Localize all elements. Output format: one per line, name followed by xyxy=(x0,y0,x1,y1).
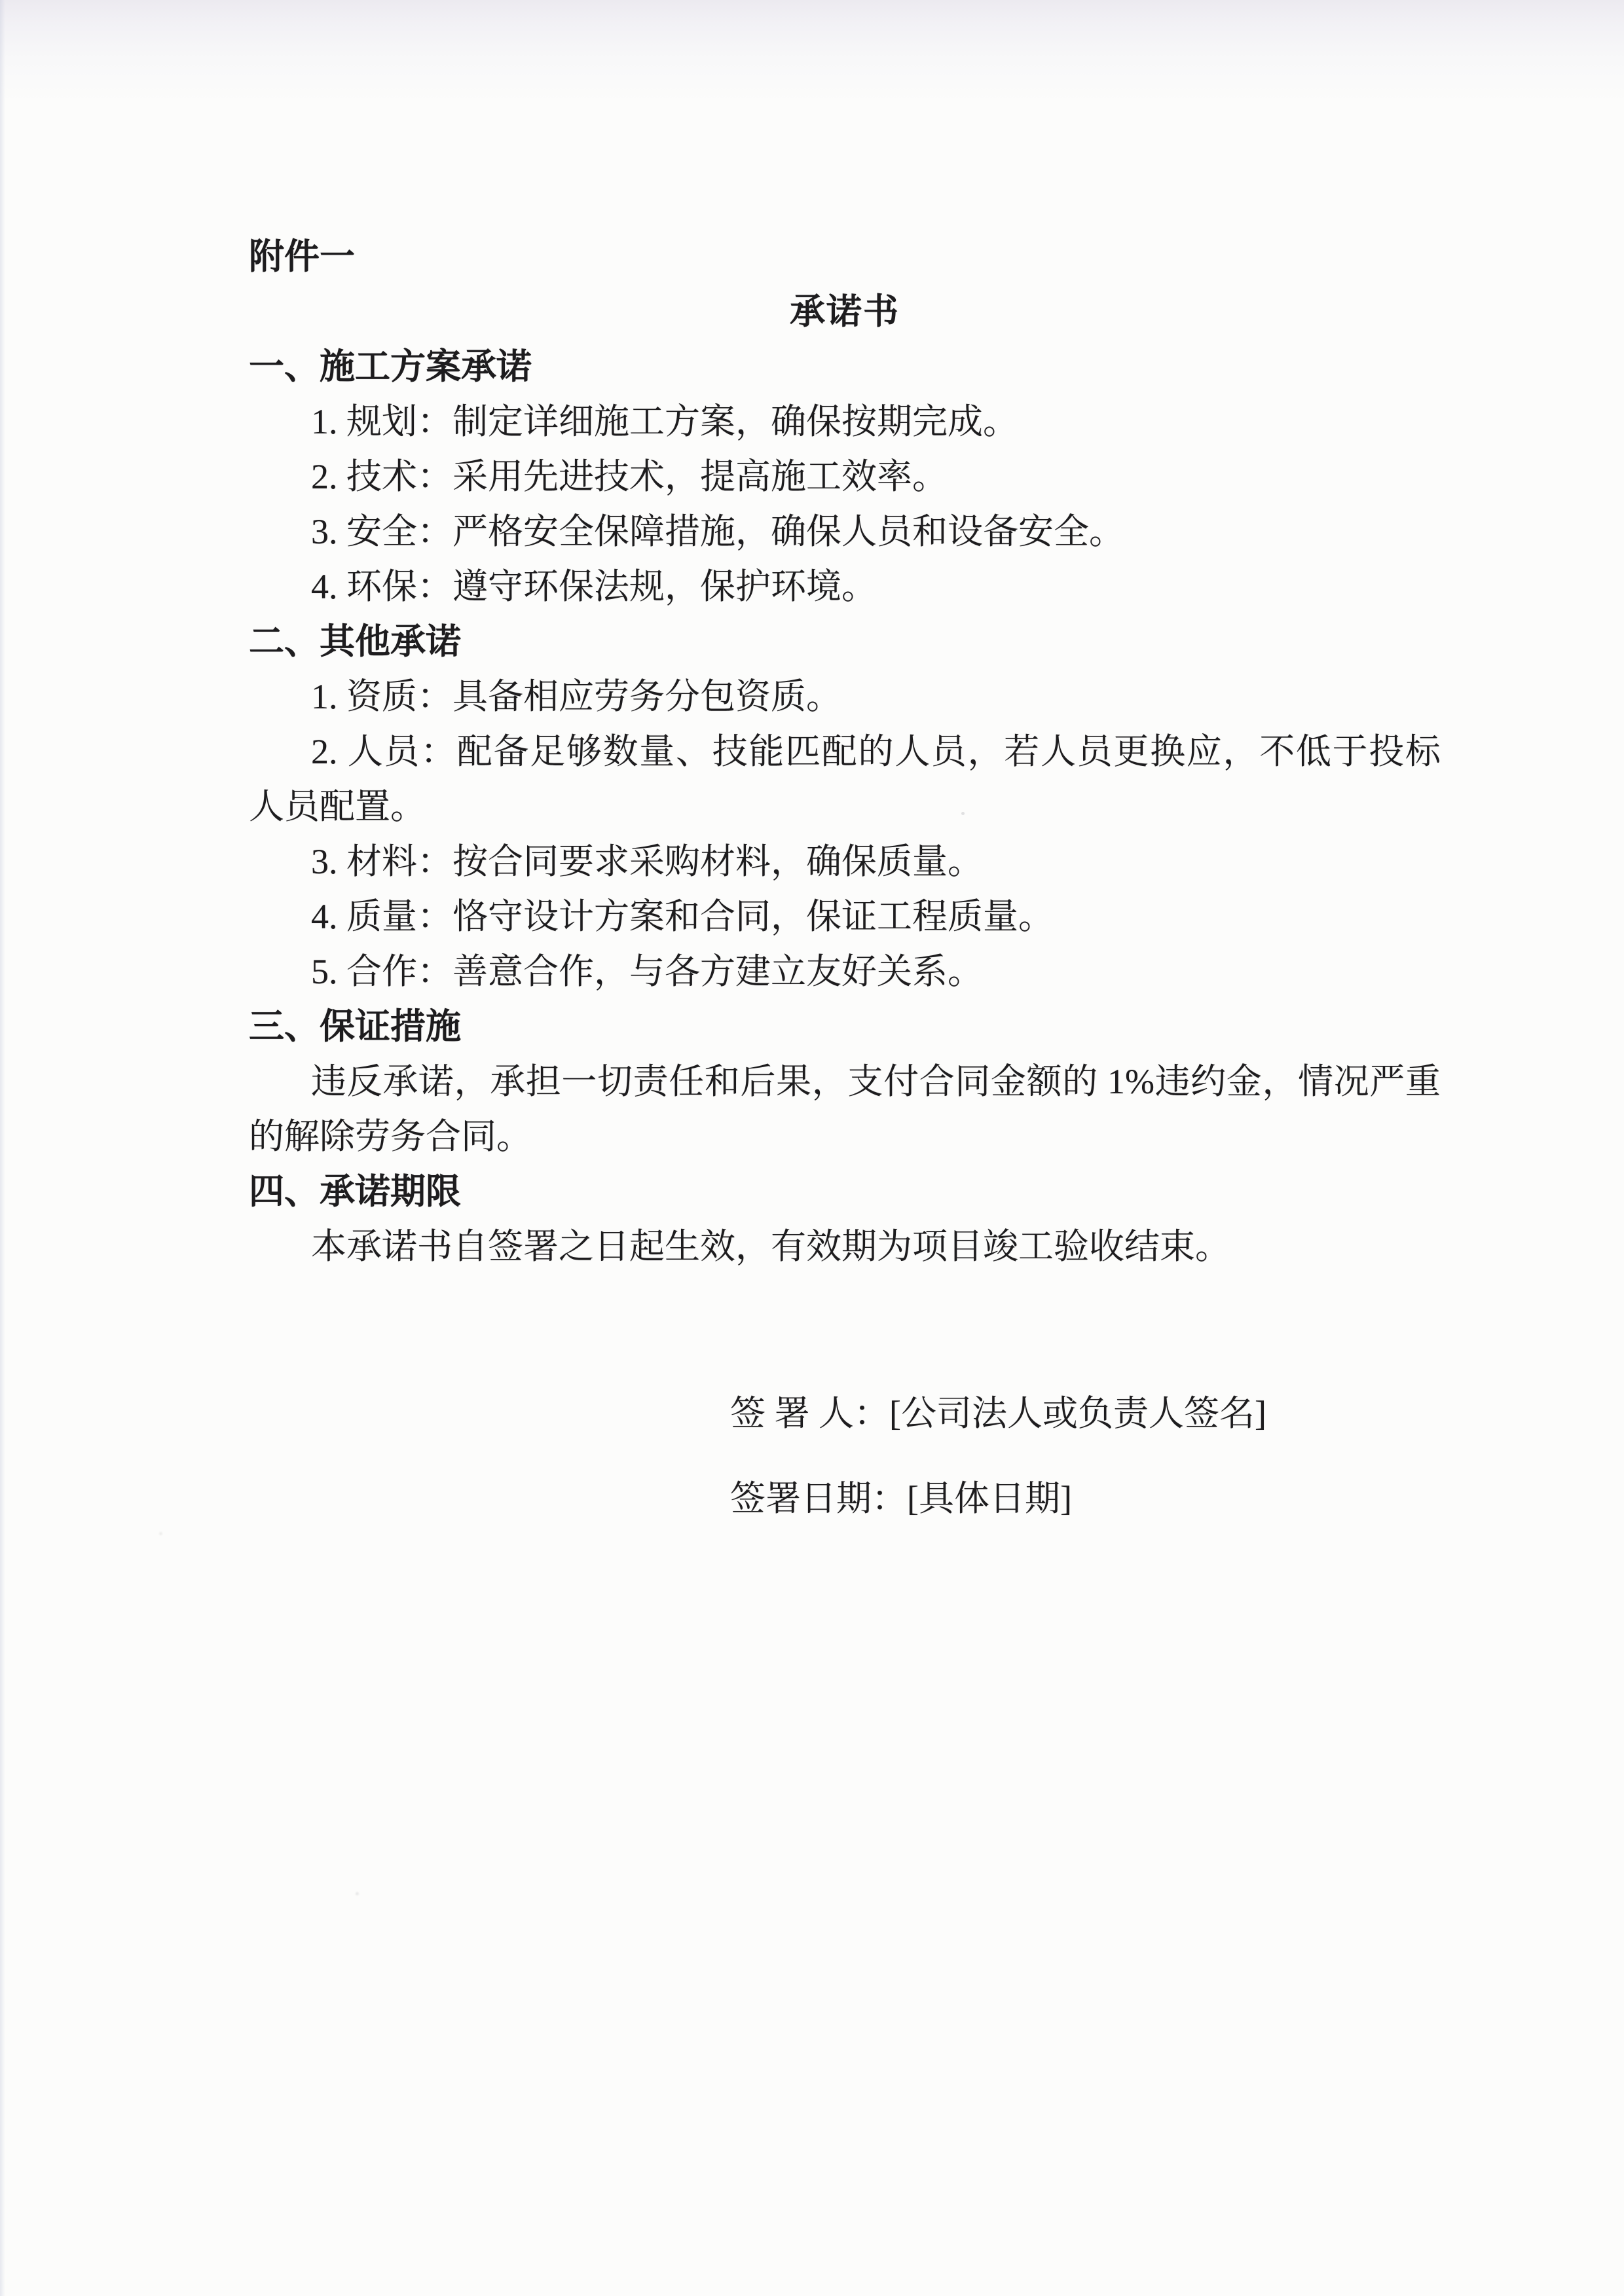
section-heading-2: 二、其他承诺 xyxy=(249,614,1441,669)
list-item: 1. 资质：具备相应劳务分包资质。 xyxy=(249,669,1441,724)
list-item: 3. 材料：按合同要求采购材料，确保质量。 xyxy=(249,834,1441,889)
document-page: 附件一 承诺书 一、施工方案承诺 1. 规划：制定详细施工方案，确保按期完成。 … xyxy=(0,0,1624,2296)
list-item: 2. 人员：配备足够数量、技能匹配的人员，若人员更换应，不低于投标人员配置。 xyxy=(249,724,1441,834)
list-item: 1. 规划：制定详细施工方案，确保按期完成。 xyxy=(249,394,1441,449)
document-title: 承诺书 xyxy=(249,284,1441,339)
list-item: 4. 质量：恪守设计方案和合同，保证工程质量。 xyxy=(249,889,1441,944)
body-paragraph: 本承诺书自签署之日起生效，有效期为项目竣工验收结束。 xyxy=(249,1219,1441,1274)
list-item: 3. 安全：严格安全保障措施，确保人员和设备安全。 xyxy=(249,504,1441,559)
section-heading-3: 三、保证措施 xyxy=(249,999,1441,1054)
scan-edge-shadow xyxy=(0,0,5,2296)
list-item: 2. 技术：采用先进技术，提高施工效率。 xyxy=(249,449,1441,504)
signing-date-line: 签署日期：[具体日期] xyxy=(730,1471,1441,1526)
signature-block: 签 署 人：[公司法人或负责人签名] 签署日期：[具体日期] xyxy=(730,1386,1441,1526)
list-item: 5. 合作：善意合作，与各方建立友好关系。 xyxy=(249,944,1441,999)
signer-line: 签 署 人：[公司法人或负责人签名] xyxy=(730,1386,1441,1441)
section-heading-4: 四、承诺期限 xyxy=(249,1164,1441,1219)
attachment-label: 附件一 xyxy=(249,229,1441,284)
scan-speck xyxy=(961,812,965,815)
list-item: 4. 环保：遵守环保法规，保护环境。 xyxy=(249,559,1441,614)
section-heading-1: 一、施工方案承诺 xyxy=(249,339,1441,394)
body-paragraph: 违反承诺，承担一切责任和后果，支付合同金额的 1%违约金，情况严重的解除劳务合同… xyxy=(249,1054,1441,1164)
